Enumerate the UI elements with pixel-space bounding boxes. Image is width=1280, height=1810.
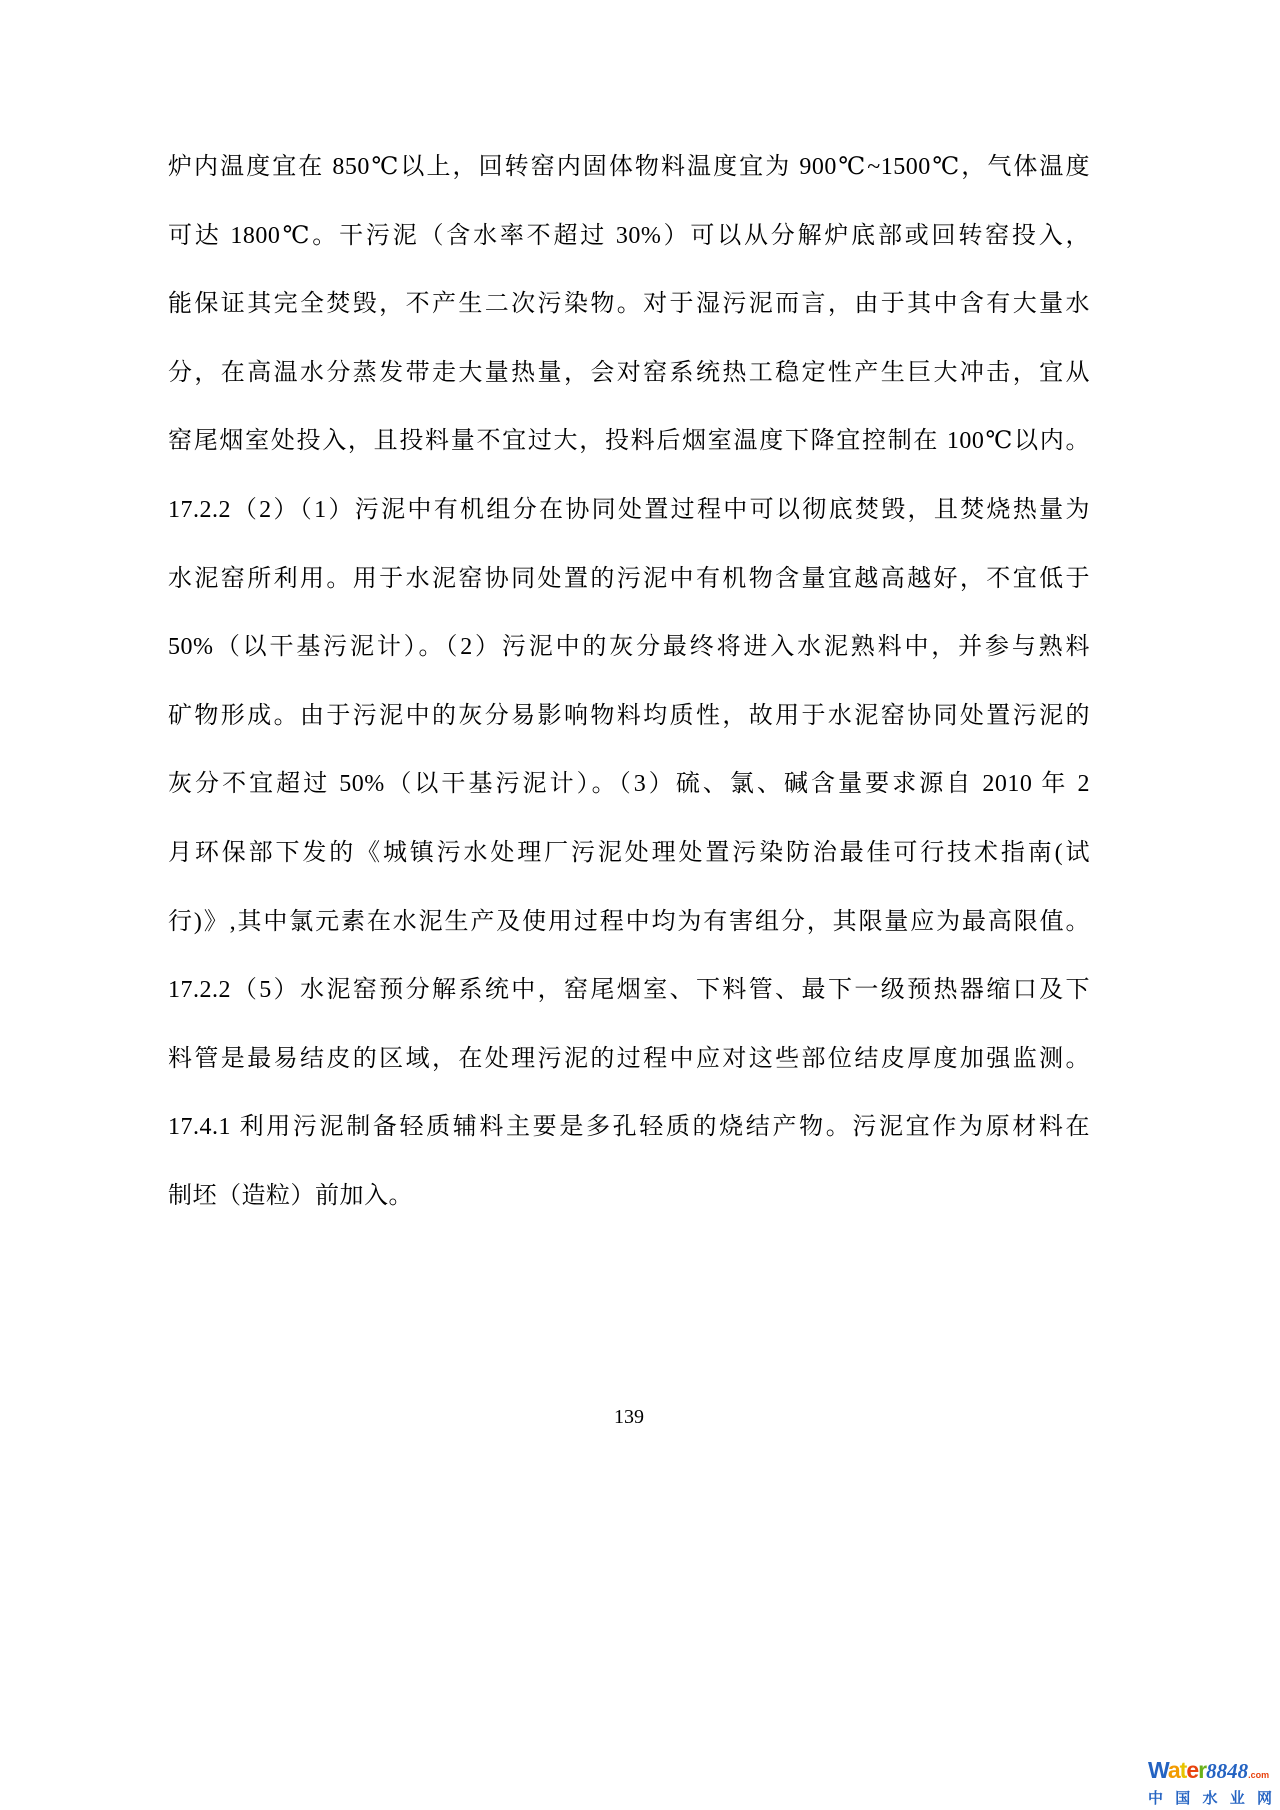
document-page-body: 炉内温度宜在 850℃以上，回转窑内固体物料温度宜为 900℃~1500℃，气体… <box>168 133 1090 1231</box>
text-line: 能保证其完全焚毁，不产生二次污染物。对于湿污泥而言，由于其中含有大量水 <box>168 270 1090 339</box>
text-line: 月环保部下发的《城镇污水处理厂污泥处理处置污染防治最佳可行技术指南(试 <box>168 819 1090 888</box>
brand-domain-suffix: .com <box>1248 1770 1269 1780</box>
text-line: 矿物形成。由于污泥中的灰分易影响物料均质性，故用于水泥窑协同处置污泥的 <box>168 682 1090 751</box>
brand-subtitle: 中国水业网 <box>1148 1791 1272 1807</box>
text-line: 灰分不宜超过 50%（以干基污泥计）。（3）硫、氯、碱含量要求源自 2010 年… <box>168 750 1090 819</box>
text-line: 料管是最易结皮的区域，在处理污泥的过程中应对这些部位结皮厚度加强监测。 <box>168 1025 1090 1094</box>
text-line: 制坯（造粒）前加入。 <box>168 1162 1090 1231</box>
text-line: 50%（以干基污泥计）。（2）污泥中的灰分最终将进入水泥熟料中，并参与熟料 <box>168 613 1090 682</box>
brand-text: Water8848.com <box>1148 1758 1272 1788</box>
text-line: 窑尾烟室处投入，且投料量不宜过大，投料后烟室温度下降宜控制在 100℃以内。 <box>168 407 1090 476</box>
text-line: 水泥窑所利用。用于水泥窑协同处置的污泥中有机物含量宜越高越好，不宜低于 <box>168 545 1090 614</box>
brand-letters: Water <box>1148 1757 1206 1783</box>
text-line: 17.4.1 利用污泥制备轻质辅料主要是多孔轻质的烧结产物。污泥宜作为原材料在 <box>168 1093 1090 1162</box>
watermark-logo: Water8848.com 中国水业网 <box>1148 1758 1272 1807</box>
page-number: 139 <box>168 1406 1090 1429</box>
text-line: 行)》,其中氯元素在水泥生产及使用过程中均为有害组分，其限量应为最高限值。 <box>168 888 1090 957</box>
text-line: 可达 1800℃。干污泥（含水率不超过 30%）可以从分解炉底部或回转窑投入， <box>168 202 1090 271</box>
text-line: 分，在高温水分蒸发带走大量热量，会对窑系统热工稳定性产生巨大冲击，宜从 <box>168 339 1090 408</box>
text-line: 17.2.2（5）水泥窑预分解系统中，窑尾烟室、下料管、最下一级预热器缩口及下 <box>168 956 1090 1025</box>
text-line: 17.2.2（2）（1）污泥中有机组分在协同处置过程中可以彻底焚毁，且焚烧热量为 <box>168 476 1090 545</box>
brand-number: 8848 <box>1206 1759 1248 1783</box>
text-line: 炉内温度宜在 850℃以上，回转窑内固体物料温度宜为 900℃~1500℃，气体… <box>168 133 1090 202</box>
